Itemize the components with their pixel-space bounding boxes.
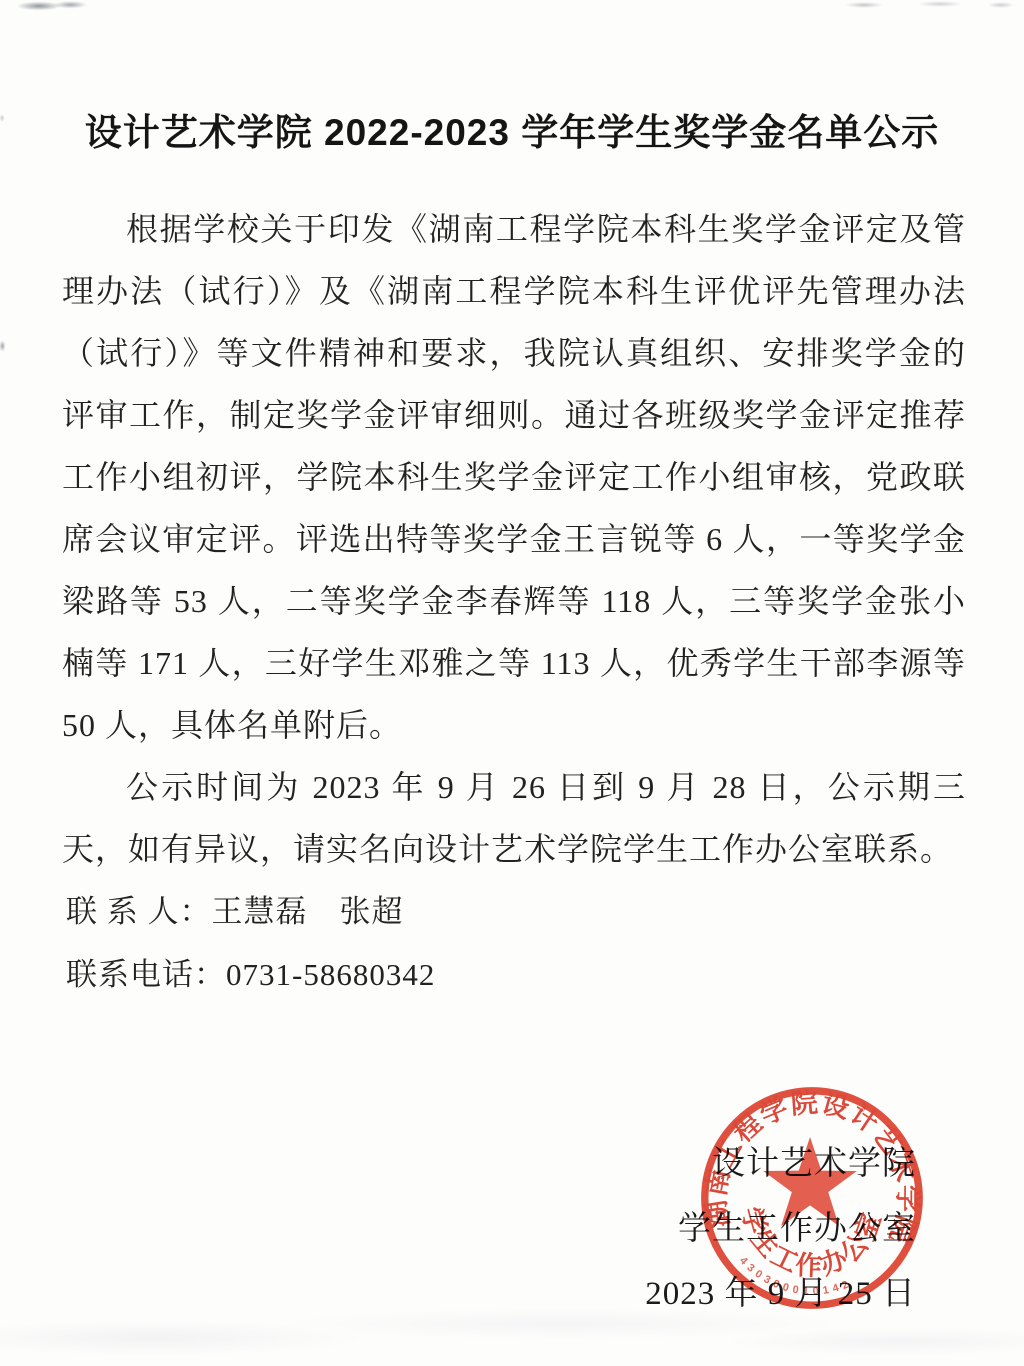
contact-phone-line: 联系电话：0731-58680342: [0, 943, 1024, 1006]
document-title: 设计艺术学院 2022-2023 学年学生奖学金名单公示: [0, 0, 1024, 158]
paragraph-2: 公示时间为 2023 年 9 月 26 日到 9 月 28 日，公示期三天，如有…: [62, 756, 966, 880]
paragraph-1: 根据学校关于印发《湖南工程学院本科生奖学金评定及管理办法（试行）》及《湖南工程学…: [62, 198, 966, 756]
contact-person-label: 联 系 人：: [66, 894, 212, 929]
signature-org-line-2: 学生工作办公室: [645, 1197, 916, 1262]
contact-person-line: 联 系 人：王慧磊 张超: [0, 880, 1024, 943]
signature-block: 设计艺术学院 学生工作办公室 2023 年 9 月 25 日: [645, 1132, 916, 1327]
contact-phone-number: 0731-58680342: [226, 957, 435, 992]
document-page: 设计艺术学院 2022-2023 学年学生奖学金名单公示 根据学校关于印发《湖南…: [0, 0, 1024, 1366]
signature-date: 2023 年 9 月 25 日: [645, 1262, 916, 1327]
signature-org-line-1: 设计艺术学院: [645, 1132, 916, 1197]
contact-person-names: 王慧磊 张超: [212, 894, 404, 929]
document-body: 根据学校关于印发《湖南工程学院本科生奖学金评定及管理办法（试行）》及《湖南工程学…: [0, 198, 1024, 880]
contact-phone-label: 联系电话：: [66, 957, 226, 992]
